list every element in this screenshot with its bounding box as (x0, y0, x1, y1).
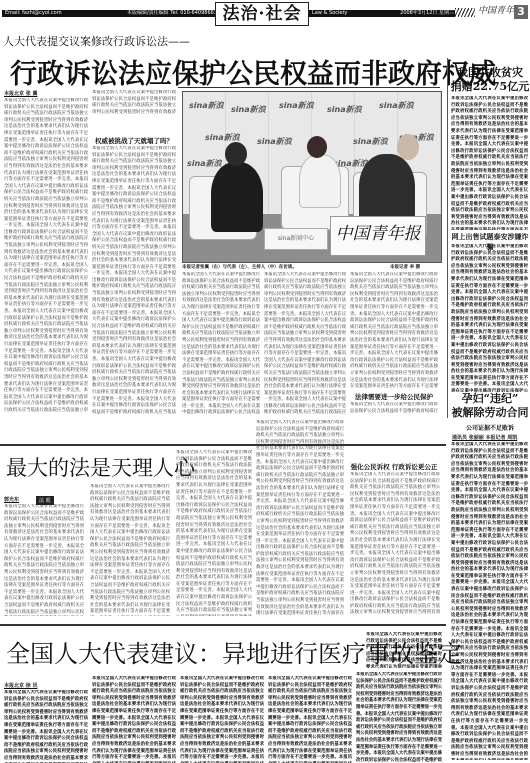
sidebar-story3-byline: 通讯员 张丽丽 本报记者 周凯 (452, 434, 517, 441)
lead-text-col-3: 本报讯全国人大代表在议案中提出修改行政诉讼法保护公民合法权益而不是维护政府权威行… (182, 272, 260, 414)
bottom-text-col-4: 本报讯全国人大代表在议案中提出修改行政诉讼法保护公民合法权益而不是维护政府权威行… (268, 676, 352, 763)
lead-text-col-2a: 本报讯全国人大代表在议案中提出修改行政诉讼法保护公民合法权益而不是维护政府权威行… (92, 90, 176, 114)
section-title: 法治·社会 (215, 2, 309, 26)
sina-logo: sina新浪 (257, 136, 292, 147)
lead-text-col-2b: 本报讯全国人大代表在议案中提出修改行政诉讼法保护公民合法权益而不是维护政府权威行… (92, 146, 176, 414)
sidebar-story3-subheadline: 公司证据不足败诉 (450, 423, 530, 432)
sina-logo: sina新浪 (189, 100, 224, 111)
sina-logo: sina新浪 (353, 136, 388, 147)
masthead-bar-left: Email: fazhi@cyol.com 本版编辑/责任编辑 Tel: 010… (2, 10, 220, 17)
opinion-author: 郭光东 (4, 496, 19, 503)
bottom-text-col-5: 本报讯全国人大代表在议案中提出修改行政诉讼法保护公民合法权益而不是维护政府权威行… (356, 672, 442, 763)
cyol-desk-sign: 中国青年报 (330, 216, 426, 256)
lead-text-col-7: 本报讯全国人大代表在议案中提出修改行政诉讼法保护公民合法权益而不是维护政府权威行… (350, 472, 440, 616)
sina-desk-sign: sina新闻中心 (264, 228, 328, 250)
lead-text-col-5b: 本报讯全国人大代表在议案中提出修改行政诉讼法保护公民合法权益而不是维护政府权威行… (350, 402, 438, 414)
lead-text-col-4: 本报讯全国人大代表在议案中提出修改行政诉讼法保护公民合法权益而不是维护政府权威行… (264, 272, 346, 414)
sina-logo: sina新浪 (231, 104, 266, 115)
lead-subsection-0: 强化公民诉权 行政诉讼更公正 (350, 462, 438, 471)
masthead-email: Email: fazhi@cyol.com (5, 10, 62, 16)
opinion-headline[interactable]: 最大的法是天理人心 (6, 452, 195, 482)
sina-logo: sina新浪 (279, 100, 314, 111)
opinion-text-col-1: 本报讯全国人大代表在议案中提出修改行政诉讼法保护公民合法权益而不是维护政府权威行… (4, 504, 84, 616)
bottom-text-col-1: 本报讯全国人大代表在议案中提出修改行政诉讼法保护公民合法权益而不是维护政府权威行… (4, 690, 88, 763)
sina-logo: sina新浪 (379, 100, 414, 111)
person-center (299, 154, 341, 208)
lead-subsection-1: 法律需要进一步给公民保护 (350, 392, 438, 401)
page-number: 3 (514, 5, 528, 19)
bottom-byline: 本报北京 徐 讯 (4, 682, 37, 689)
opinion-text-col-2: 本报讯全国人大代表在议案中提出修改行政诉讼法保护公民合法权益而不是维护政府权威行… (90, 484, 170, 616)
lead-kicker: 人大代表提交议案修改行政诉讼法—— (3, 33, 190, 49)
masthead-contact: 本版编辑/责任编辑 Tel: 010-64098663 (127, 10, 217, 17)
sidebar-story1-headline[interactable]: 我国共收贫灾 捐赠22.75亿元 (450, 66, 530, 94)
divider (0, 444, 446, 446)
person-left (211, 162, 263, 232)
sidebar-story3-headline[interactable]: 孕妇“违纪” 被解除劳动合同 (450, 392, 530, 420)
lead-text-col-1: 本报讯全国人大代表在议案中提出修改行政诉讼法保护公民合法权益而不是维护政府权威行… (4, 98, 88, 414)
photo-caption: 本报记者张翼（右）与代表（左）、主持人（中）在访谈。 (182, 264, 297, 270)
sina-logo: sina新浪 (187, 158, 222, 169)
photo-credit: 本报记者 李 摄 (390, 264, 420, 270)
bottom-text-col-2: 本报讯全国人大代表在议案中提出修改行政诉讼法保护公民合法权益而不是维护政府权威行… (92, 676, 176, 763)
lead-text-col-6: 本报讯全国人大代表在议案中提出修改行政诉讼法保护公民合法权益而不是维护政府权威行… (256, 420, 344, 616)
divider (0, 624, 446, 626)
section-english: Law & Society (312, 10, 347, 16)
bottom-text-col-3: 本报讯全国人大代表在议案中提出修改行政诉讼法保护公民合法权益而不是维护政府权威行… (180, 676, 264, 763)
opinion-text-col-3: 本报讯全国人大代表在议案中提出修改行政诉讼法保护公民合法权益而不是维护政府权威行… (176, 450, 252, 616)
lead-subheading: 权威被挑战了天就塌了吗？ (92, 136, 176, 145)
sidebar-story2-text: 本报讯全国人大代表在议案中提出修改行政诉讼法保护公民合法权益而不是维护政府权威行… (451, 244, 528, 392)
lead-text-col-5: 本报讯全国人大代表在议案中提出修改行政诉讼法保护公民合法权益而不是维护政府权威行… (350, 272, 438, 390)
column-divider (447, 58, 448, 418)
sina-logo: sina新浪 (327, 104, 362, 115)
issue-date: 2008年3月12日 星期三 (400, 10, 454, 17)
lead-byline: 本报北京 张 翼 (4, 90, 37, 97)
lead-headline[interactable]: 行政诉讼法应保护公民权益而非政府权威 (10, 52, 496, 91)
divider (178, 87, 440, 88)
bottom-text-intro: 本报讯全国人大代表在议案中提出修改行政诉讼法保护公民合法权益而不是维护政府权威行… (366, 632, 442, 668)
masthead-bar-right: Law & Society 2008年3月12日 星期三 (309, 10, 457, 17)
sidebar-story1-text: 本报讯全国人大代表在议案中提出修改行政诉讼法保护公民合法权益而不是维护政府权威行… (451, 96, 528, 230)
sidebar-story3-text: 本报讯全国人大代表在议案中提出修改行政诉讼法保护公民合法权益而不是维护政府权威行… (451, 442, 528, 760)
hatch-decoration-icon (455, 8, 475, 17)
